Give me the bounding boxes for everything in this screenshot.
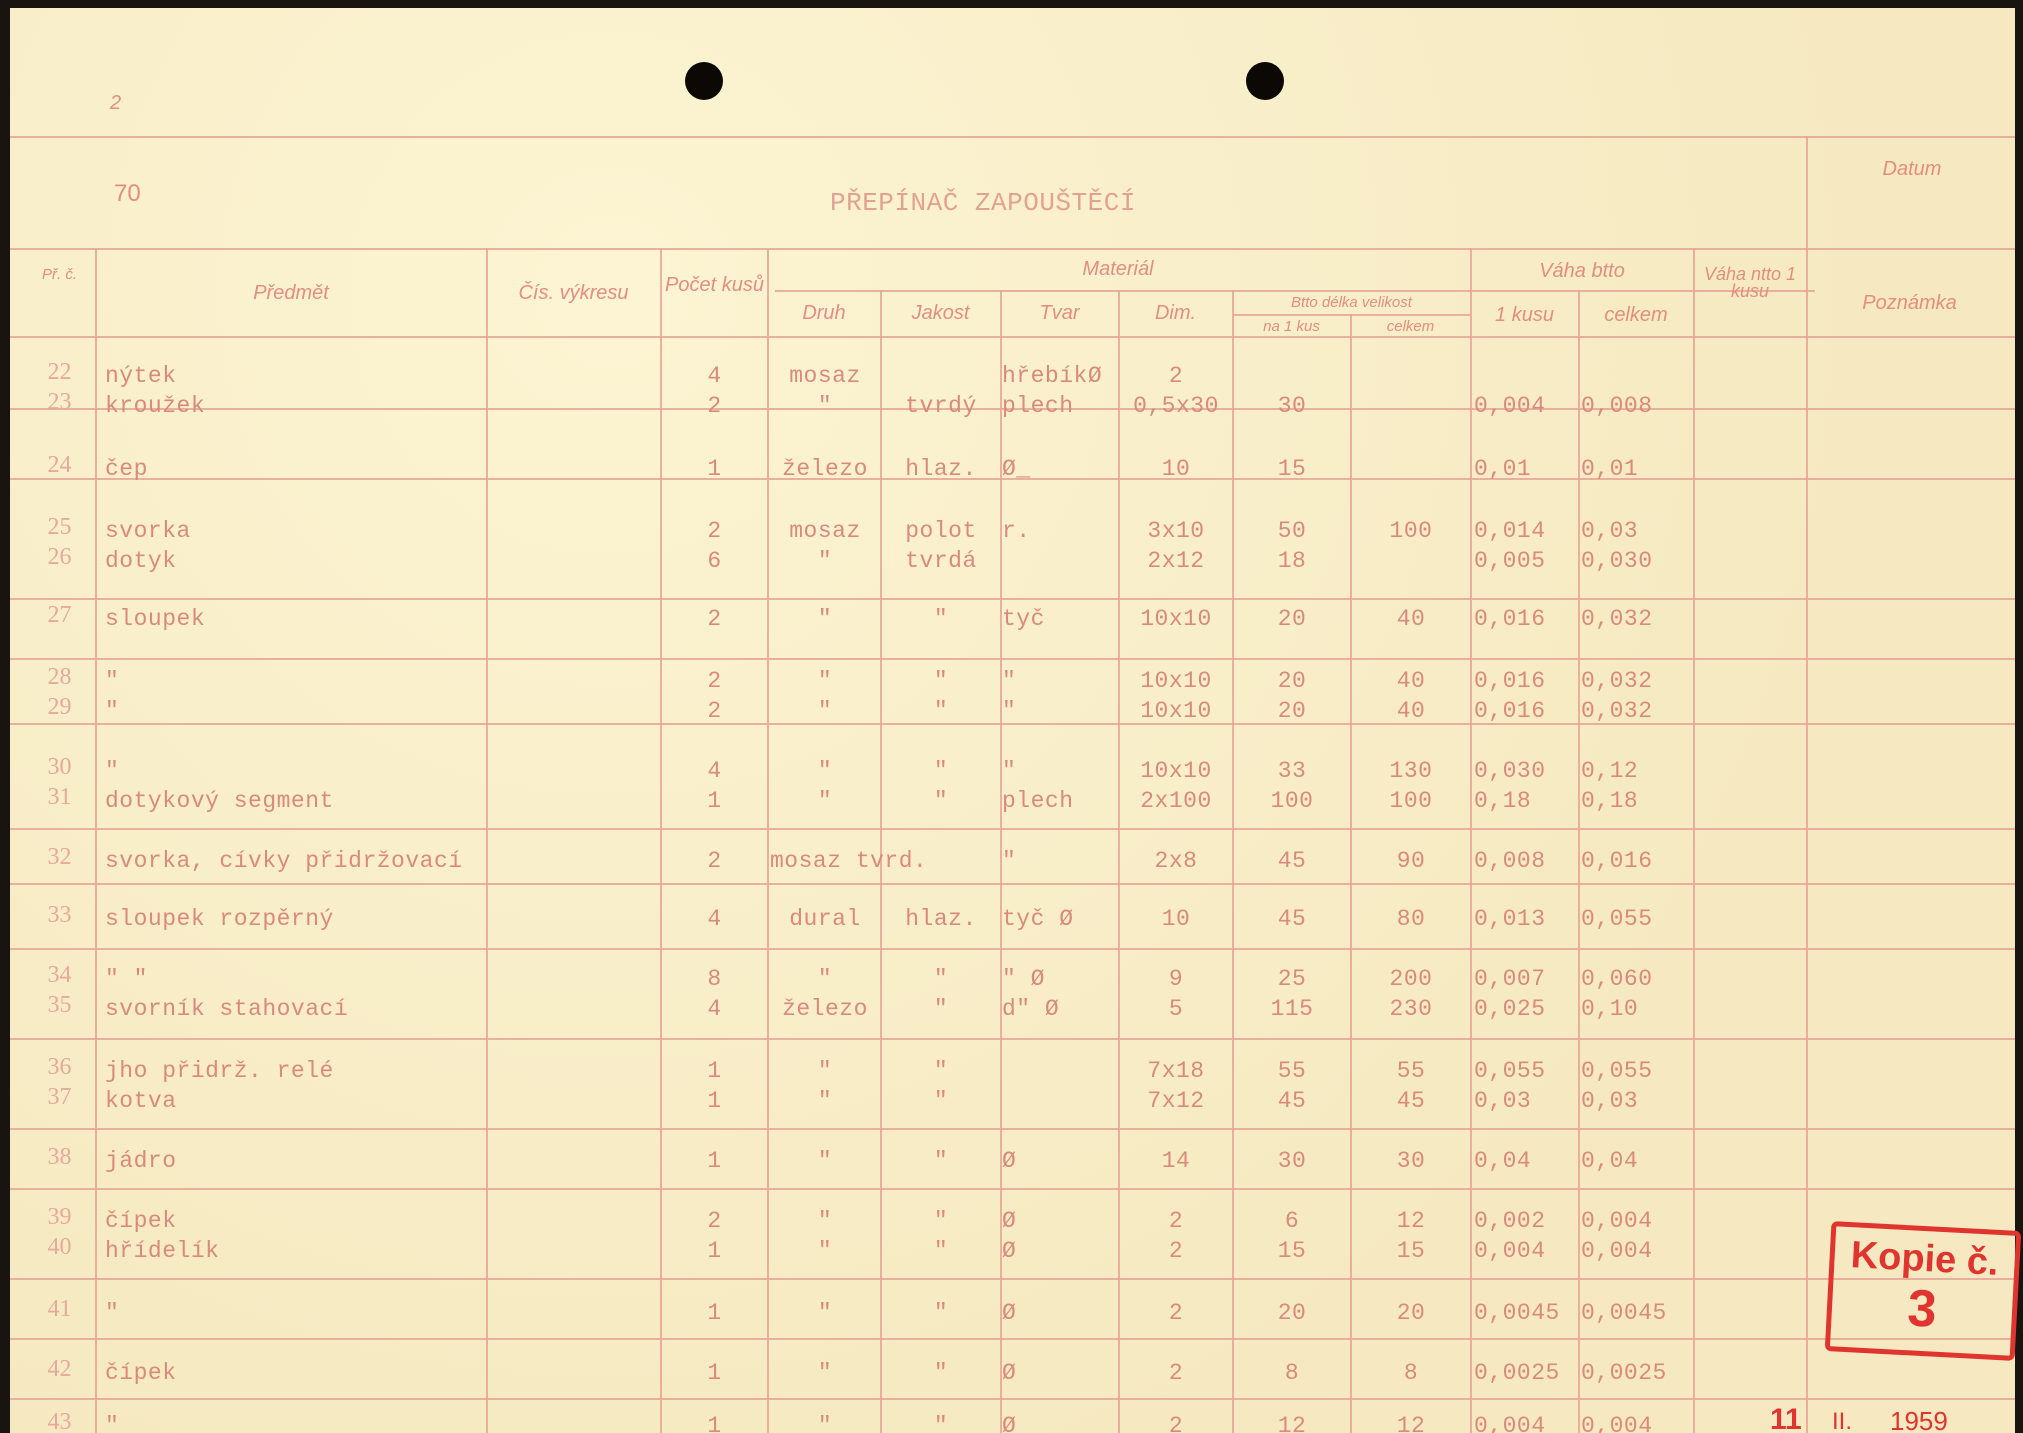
cell-kind: " (770, 1360, 880, 1386)
cell-w1: 0,030 (1474, 758, 1578, 784)
cell-count: 2 (662, 668, 767, 694)
date-stamp-year: 1959 (1890, 1406, 1948, 1433)
cell-len1: 30 (1234, 1148, 1350, 1174)
row-number: 24 (32, 452, 87, 479)
cell-kind: železo (770, 996, 880, 1022)
cell-wt: 0,0045 (1581, 1300, 1693, 1326)
header-gross-weight-total: celkem (1579, 304, 1693, 327)
cell-quality: " (882, 606, 1000, 632)
cell-shape: tyč Ø (1002, 906, 1118, 932)
header-shape: Tvar (1001, 302, 1118, 325)
cell-item: sloupek (105, 606, 475, 632)
cell-w1: 0,014 (1474, 518, 1578, 544)
rule-material-sub (775, 290, 1815, 292)
cell-dim: 7x12 (1120, 1088, 1232, 1114)
row-number: 29 (32, 694, 87, 721)
cell-dim: 0,5x30 (1120, 393, 1232, 419)
cell-kind: " (770, 1148, 880, 1174)
cell-w1: 0,04 (1474, 1148, 1578, 1174)
cell-len1: 6 (1234, 1208, 1350, 1234)
cell-item: " (105, 698, 475, 724)
cell-item: čep (105, 456, 475, 482)
cell-kind: dural (770, 906, 880, 932)
cell-kind: " (770, 788, 880, 814)
cell-len1: 15 (1234, 1238, 1350, 1264)
cell-wt: 0,032 (1581, 698, 1693, 724)
cell-wt: 0,060 (1581, 966, 1693, 992)
cell-shape: Ø (1002, 1208, 1118, 1234)
header-drawing-no: Čís. výkresu (487, 282, 660, 305)
cell-kind: mosaz tvrd. (770, 848, 880, 874)
cell-shape: Ø (1002, 1238, 1118, 1264)
cell-count: 1 (662, 1300, 767, 1326)
cell-count: 1 (662, 1058, 767, 1084)
header-length-total: celkem (1351, 318, 1470, 335)
cell-item: " (105, 1300, 475, 1326)
cell-w1: 0,016 (1474, 606, 1578, 632)
cell-wt: 0,008 (1581, 393, 1693, 419)
document-sheet: 2 70 PŘEPÍNAČ ZAPOUŠTĚCÍ Datum Př. č. Př… (10, 8, 2015, 1433)
cell-quality: tvrdý (882, 393, 1000, 419)
row-rule (10, 1398, 2015, 1400)
cell-shape: Ø (1002, 1148, 1118, 1174)
row-number: 40 (32, 1234, 87, 1261)
cell-len1: 12 (1234, 1413, 1350, 1433)
cell-wt: 0,016 (1581, 848, 1693, 874)
cell-shape: " (1002, 668, 1118, 694)
header-gross-weight-piece: 1 kusu (1471, 304, 1578, 327)
row-number: 38 (32, 1144, 87, 1171)
cell-quality: " (882, 698, 1000, 724)
cell-item: kroužek (105, 393, 475, 419)
row-rule (10, 598, 2015, 600)
row-number: 36 (32, 1054, 87, 1081)
row-rule (10, 658, 2015, 660)
cell-w1: 0,0045 (1474, 1300, 1578, 1326)
cell-count: 1 (662, 1360, 767, 1386)
date-header: Datum (1822, 158, 2002, 181)
row-number: 28 (32, 664, 87, 691)
cell-quality: " (882, 1208, 1000, 1234)
cell-quality: " (882, 1360, 1000, 1386)
header-gross-length: Btto délka velikost (1233, 294, 1470, 311)
cell-w1: 0,055 (1474, 1058, 1578, 1084)
cell-len1: 20 (1234, 1300, 1350, 1326)
cell-lent: 80 (1352, 906, 1470, 932)
cell-quality: " (882, 1058, 1000, 1084)
cell-wt: 0,12 (1581, 758, 1693, 784)
cell-len1: 18 (1234, 548, 1350, 574)
cell-lent: 55 (1352, 1058, 1470, 1084)
cell-lent: 15 (1352, 1238, 1470, 1264)
cell-item: svorka (105, 518, 475, 544)
cell-dim: 2x12 (1120, 548, 1232, 574)
cell-wt: 0,004 (1581, 1238, 1693, 1264)
cell-len1: 100 (1234, 788, 1350, 814)
cell-quality: " (882, 788, 1000, 814)
cell-count: 1 (662, 1088, 767, 1114)
header-dim: Dim. (1119, 302, 1232, 325)
cell-lent: 40 (1352, 698, 1470, 724)
cell-quality: " (882, 758, 1000, 784)
punch-hole-right (1246, 62, 1284, 100)
cell-kind: " (770, 1208, 880, 1234)
cell-kind: " (770, 1300, 880, 1326)
col-sep (1693, 248, 1695, 1433)
row-number: 30 (32, 754, 87, 781)
cell-count: 4 (662, 996, 767, 1022)
cell-w1: 0,016 (1474, 668, 1578, 694)
punch-hole-left (685, 62, 723, 100)
cell-dim: 2x100 (1120, 788, 1232, 814)
cell-wt: 0,055 (1581, 906, 1693, 932)
cell-wt: 0,0025 (1581, 1360, 1693, 1386)
cell-wt: 0,032 (1581, 606, 1693, 632)
row-number: 27 (32, 602, 87, 629)
page-number: 2 (110, 92, 121, 115)
row-number: 35 (32, 992, 87, 1019)
cell-dim: 2 (1120, 1300, 1232, 1326)
cell-count: 2 (662, 698, 767, 724)
cell-item: " (105, 1413, 475, 1433)
cell-w1: 0,004 (1474, 1238, 1578, 1264)
row-number: 33 (32, 902, 87, 929)
cell-w1: 0,0025 (1474, 1360, 1578, 1386)
row-number: 25 (32, 514, 87, 541)
row-rule (10, 1278, 2015, 1280)
cell-count: 4 (662, 906, 767, 932)
row-number: 23 (32, 389, 87, 416)
cell-w1: 0,007 (1474, 966, 1578, 992)
row-number: 26 (32, 544, 87, 571)
cell-item: dotyk (105, 548, 475, 574)
cell-wt: 0,18 (1581, 788, 1693, 814)
cell-wt: 0,004 (1581, 1208, 1693, 1234)
cell-kind: mosaz (770, 363, 880, 389)
cell-shape: Ø_ (1002, 456, 1118, 482)
cell-lent: 100 (1352, 518, 1470, 544)
cell-quality: tvrdá (882, 548, 1000, 574)
cell-count: 4 (662, 758, 767, 784)
cell-item: čípek (105, 1208, 475, 1234)
row-rule (10, 1338, 2015, 1340)
cell-lent: 30 (1352, 1148, 1470, 1174)
cell-len1: 30 (1234, 393, 1350, 419)
cell-dim: 2x8 (1120, 848, 1232, 874)
cell-len1: 55 (1234, 1058, 1350, 1084)
rule-top (10, 136, 2015, 138)
cell-count: 1 (662, 1148, 767, 1174)
cell-wt: 0,055 (1581, 1058, 1693, 1084)
cell-item: nýtek (105, 363, 475, 389)
header-count: Počet kusů (662, 270, 767, 300)
cell-wt: 0,030 (1581, 548, 1693, 574)
cell-wt: 0,032 (1581, 668, 1693, 694)
cell-dim: 10x10 (1120, 606, 1232, 632)
cell-kind: " (770, 1058, 880, 1084)
header-net-weight: Váha ntto 1 kusu (1700, 266, 1800, 300)
header-item: Předmět (96, 282, 486, 305)
cell-dim: 10 (1120, 456, 1232, 482)
header-material: Materiál (768, 258, 1468, 281)
cell-lent: 45 (1352, 1088, 1470, 1114)
cell-quality: hlaz. (882, 456, 1000, 482)
cell-item: jho přidrž. relé (105, 1058, 475, 1084)
cell-dim: 3x10 (1120, 518, 1232, 544)
header-kind: Druh (768, 302, 880, 325)
cell-lent: 20 (1352, 1300, 1470, 1326)
row-rule (10, 1188, 2015, 1190)
cell-item: sloupek rozpěrný (105, 906, 475, 932)
header-row-no: Př. č. (32, 266, 87, 283)
cell-dim: 9 (1120, 966, 1232, 992)
cell-len1: 115 (1234, 996, 1350, 1022)
cell-kind: " (770, 548, 880, 574)
row-number: 42 (32, 1356, 87, 1383)
row-number: 39 (32, 1204, 87, 1231)
header-quality: Jakost (881, 302, 1000, 325)
cell-item: hřídelík (105, 1238, 475, 1264)
cell-quality: polot (882, 518, 1000, 544)
cell-quality: " (882, 1238, 1000, 1264)
cell-w1: 0,025 (1474, 996, 1578, 1022)
cell-w1: 0,008 (1474, 848, 1578, 874)
cell-item: dotykový segment (105, 788, 475, 814)
cell-shape: " (1002, 848, 1118, 874)
cell-quality: " (882, 1300, 1000, 1326)
row-number: 37 (32, 1084, 87, 1111)
cell-len1: 20 (1234, 606, 1350, 632)
cell-len1: 33 (1234, 758, 1350, 784)
header-note: Poznámka (1807, 292, 2012, 315)
document-title: PŘEPÍNAČ ZAPOUŠTĚCÍ (830, 188, 1136, 218)
cell-dim: 2 (1120, 1413, 1232, 1433)
cell-w1: 0,03 (1474, 1088, 1578, 1114)
col-sep (95, 248, 97, 1433)
cell-item: " (105, 668, 475, 694)
date-stamp-month: II. (1832, 1408, 1852, 1433)
cell-quality: " (882, 1148, 1000, 1174)
cell-item: svorka, cívky přidržovací (105, 848, 475, 874)
cell-count: 1 (662, 456, 767, 482)
row-rule (10, 948, 2015, 950)
cell-count: 6 (662, 548, 767, 574)
cell-count: 2 (662, 848, 767, 874)
cell-len1: 45 (1234, 848, 1350, 874)
cell-quality: " (882, 996, 1000, 1022)
cell-count: 2 (662, 518, 767, 544)
row-number: 41 (32, 1296, 87, 1323)
cell-item: " " (105, 966, 475, 992)
cell-quality: " (882, 1088, 1000, 1114)
cell-shape: Ø (1002, 1300, 1118, 1326)
cell-lent: 230 (1352, 996, 1470, 1022)
row-number: 32 (32, 844, 87, 871)
cell-len1: 45 (1234, 1088, 1350, 1114)
cell-dim: 2 (1120, 1208, 1232, 1234)
cell-count: 2 (662, 393, 767, 419)
cell-w1: 0,005 (1474, 548, 1578, 574)
row-rule (10, 1038, 2015, 1040)
cell-lent: 100 (1352, 788, 1470, 814)
cell-wt: 0,004 (1581, 1413, 1693, 1433)
cell-count: 2 (662, 1208, 767, 1234)
cell-kind: " (770, 606, 880, 632)
cell-w1: 0,18 (1474, 788, 1578, 814)
cell-quality: " (882, 1413, 1000, 1433)
cell-lent: 40 (1352, 606, 1470, 632)
cell-lent: 90 (1352, 848, 1470, 874)
cell-dim: 7x18 (1120, 1058, 1232, 1084)
cell-dim: 10x10 (1120, 758, 1232, 784)
copy-stamp: Kopie č. 3 (1825, 1221, 2022, 1361)
cell-dim: 2 (1120, 363, 1232, 389)
cell-dim: 2 (1120, 1360, 1232, 1386)
row-number: 31 (32, 784, 87, 811)
col-sep (1806, 136, 1808, 1433)
cell-shape: d" Ø (1002, 996, 1118, 1022)
cell-item: jádro (105, 1148, 475, 1174)
cell-wt: 0,10 (1581, 996, 1693, 1022)
cell-shape: Ø (1002, 1360, 1118, 1386)
cell-w1: 0,004 (1474, 393, 1578, 419)
cell-item: svorník stahovací (105, 996, 475, 1022)
copy-stamp-label: Kopie č. (1834, 1232, 2016, 1285)
cell-w1: 0,004 (1474, 1413, 1578, 1433)
cell-len1: 20 (1234, 668, 1350, 694)
cell-kind: " (770, 698, 880, 724)
cell-shape: plech (1002, 393, 1118, 419)
cell-len1: 20 (1234, 698, 1350, 724)
cell-len1: 45 (1234, 906, 1350, 932)
cell-count: 1 (662, 788, 767, 814)
cell-dim: 10x10 (1120, 698, 1232, 724)
row-number: 22 (32, 359, 87, 386)
sheet-number: 70 (114, 180, 141, 208)
cell-lent: 200 (1352, 966, 1470, 992)
cell-shape: plech (1002, 788, 1118, 814)
cell-len1: 8 (1234, 1360, 1350, 1386)
cell-lent: 130 (1352, 758, 1470, 784)
cell-kind: " (770, 966, 880, 992)
cell-shape: hřebíkØ (1002, 363, 1118, 389)
cell-item: čípek (105, 1360, 475, 1386)
cell-kind: " (770, 393, 880, 419)
cell-kind: mosaz (770, 518, 880, 544)
col-sep (1578, 290, 1580, 1433)
cell-count: 1 (662, 1413, 767, 1433)
cell-len1: 50 (1234, 518, 1350, 544)
cell-w1: 0,013 (1474, 906, 1578, 932)
cell-wt: 0,01 (1581, 456, 1693, 482)
cell-w1: 0,01 (1474, 456, 1578, 482)
cell-wt: 0,04 (1581, 1148, 1693, 1174)
cell-shape: " (1002, 698, 1118, 724)
cell-kind: " (770, 668, 880, 694)
header-length-per-piece: na 1 kus (1233, 318, 1350, 335)
cell-item: kotva (105, 1088, 475, 1114)
cell-quality: hlaz. (882, 906, 1000, 932)
cell-dim: 10 (1120, 906, 1232, 932)
cell-quality: " (882, 966, 1000, 992)
cell-shape: " (1002, 758, 1118, 784)
col-sep (486, 248, 488, 1433)
cell-wt: 0,03 (1581, 518, 1693, 544)
rule-header-top (10, 248, 2015, 250)
cell-dim: 14 (1120, 1148, 1232, 1174)
col-sep (767, 248, 769, 1433)
rule-header-bottom (10, 336, 2015, 338)
cell-kind: " (770, 1413, 880, 1433)
cell-w1: 0,002 (1474, 1208, 1578, 1234)
date-stamp-day: 11 (1770, 1403, 1802, 1433)
cell-quality: " (882, 668, 1000, 694)
cell-count: 4 (662, 363, 767, 389)
copy-stamp-number: 3 (1831, 1276, 2014, 1341)
cell-dim: 2 (1120, 1238, 1232, 1264)
cell-count: 8 (662, 966, 767, 992)
row-number: 34 (32, 962, 87, 989)
cell-shape: " Ø (1002, 966, 1118, 992)
cell-dim: 10x10 (1120, 668, 1232, 694)
cell-kind: " (770, 1238, 880, 1264)
row-rule (10, 883, 2015, 885)
cell-lent: 12 (1352, 1208, 1470, 1234)
cell-lent: 40 (1352, 668, 1470, 694)
cell-w1: 0,016 (1474, 698, 1578, 724)
header-gross-weight: Váha btto (1471, 260, 1693, 283)
cell-lent: 12 (1352, 1413, 1470, 1433)
cell-kind: železo (770, 456, 880, 482)
cell-dim: 5 (1120, 996, 1232, 1022)
col-sep (1470, 248, 1472, 1433)
cell-len1: 25 (1234, 966, 1350, 992)
cell-item: " (105, 758, 475, 784)
cell-count: 1 (662, 1238, 767, 1264)
cell-count: 2 (662, 606, 767, 632)
cell-wt: 0,03 (1581, 1088, 1693, 1114)
row-rule (10, 1128, 2015, 1130)
row-rule (10, 828, 2015, 830)
cell-len1: 15 (1234, 456, 1350, 482)
cell-shape: tyč (1002, 606, 1118, 632)
cell-kind: " (770, 758, 880, 784)
cell-kind: " (770, 1088, 880, 1114)
row-number: 43 (32, 1409, 87, 1433)
cell-lent: 8 (1352, 1360, 1470, 1386)
cell-shape: r. (1002, 518, 1118, 544)
cell-shape: Ø (1002, 1413, 1118, 1433)
